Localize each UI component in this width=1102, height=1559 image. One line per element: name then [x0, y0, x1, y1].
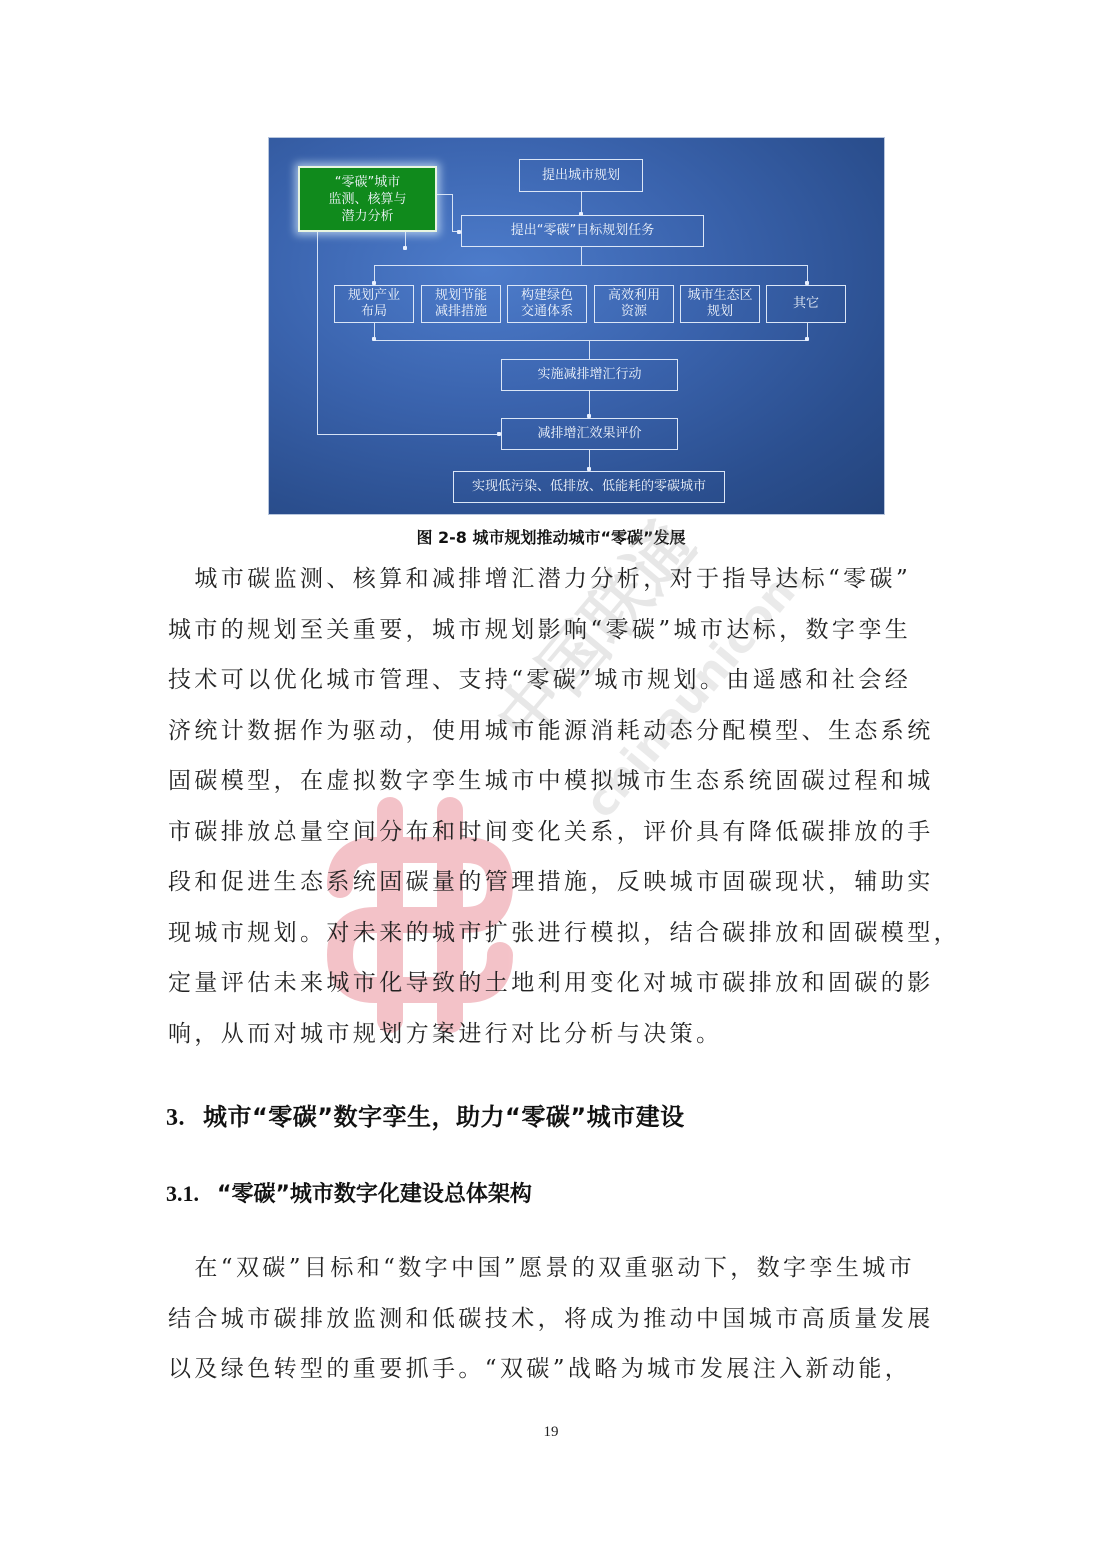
- body-paragraph-1: 城市碳监测、核算和减排增汇潜力分析，对于指导达标“零碳” 城市的规划至关重要，城…: [168, 554, 936, 1059]
- node-result: 实现低污染、低排放、低能耗的零碳城市: [453, 471, 725, 503]
- node-measure-energy: 规划节能 减排措施: [421, 285, 501, 323]
- connector: [589, 340, 590, 359]
- connector: [374, 265, 808, 266]
- node-implement: 实施减排增汇行动: [501, 359, 678, 391]
- node-measure-industry: 规划产业 布局: [334, 285, 414, 323]
- node-propose-task: 提出“零碳”目标规划任务: [461, 215, 704, 247]
- connector: [436, 194, 452, 195]
- connector: [374, 340, 808, 341]
- node-propose-plan: 提出城市规划: [519, 159, 643, 192]
- body-paragraph-2: 在“双碳”目标和“数字中国”愿景的双重驱动下，数字孪生城市 结合城市碳排放监测和…: [168, 1243, 936, 1395]
- connector: [317, 434, 501, 435]
- node-evaluate: 减排增汇效果评价: [501, 418, 678, 450]
- figure-caption: 图 2-8 城市规划推动城市“零碳”发展: [0, 525, 1102, 548]
- connector: [452, 194, 453, 232]
- connector: [581, 246, 582, 265]
- node-measure-ecozone: 城市生态区 规划: [680, 285, 760, 323]
- node-carbon-monitoring: “零碳”城市 监测、核算与 潜力分析: [298, 166, 437, 232]
- node-measure-resources: 高效利用 资源: [594, 285, 674, 323]
- arrow-head: [805, 337, 809, 341]
- section-heading-3: 3.城市“零碳”数字孪生，助力“零碳”城市建设: [166, 1097, 685, 1132]
- page-number: 19: [0, 1424, 1102, 1441]
- node-measure-transport: 构建绿色 交通体系: [507, 285, 587, 323]
- node-measure-other: 其它: [766, 285, 846, 323]
- connector: [317, 231, 318, 434]
- flowchart-figure: “零碳”城市 监测、核算与 潜力分析 提出城市规划 提出“零碳”目标规划任务 规…: [268, 137, 885, 515]
- arrow-head: [403, 246, 407, 250]
- section-heading-3-1: 3.1.“零碳”城市数字化建设总体架构: [166, 1177, 532, 1208]
- arrow-head: [372, 337, 376, 341]
